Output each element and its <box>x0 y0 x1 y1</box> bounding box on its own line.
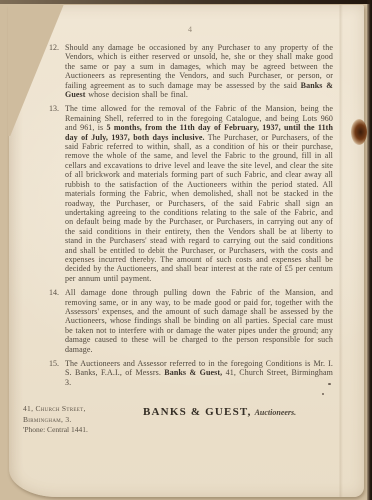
clause-number: 13. <box>47 104 59 283</box>
phone-line: 'Phone: Central 1441. <box>23 425 88 436</box>
firm-signature: BANKS & GUEST,Auctioneers. <box>143 402 296 420</box>
clause-text: Should any damage be occasioned by any P… <box>65 43 333 99</box>
clause-number: 12. <box>47 43 59 99</box>
address-line: Birmingham, 3. <box>23 415 88 426</box>
photo-edge-right <box>367 0 372 500</box>
clause-text: The Auctioneers and Assessor referred to… <box>65 359 333 387</box>
clause-text-segment: whose decision shall be final. <box>86 90 189 99</box>
page-number: 4 <box>47 25 333 34</box>
address-line: 41, Church Street, <box>23 404 88 415</box>
clause-15: 15. The Auctioneers and Assessor referre… <box>47 359 333 387</box>
clause-text-emphasis: Banks & Guest, <box>164 368 222 377</box>
page-footer: 41, Church Street, Birmingham, 3. 'Phone… <box>47 402 333 450</box>
firm-role: Auctioneers. <box>255 408 297 417</box>
clause-text: All damage done through pulling down the… <box>65 288 333 354</box>
clause-text-segment: All damage done through pulling down the… <box>65 288 333 353</box>
clause-13: 13. The time allowed for the removal of … <box>47 104 333 283</box>
document-page: 4 12. Should any damage be occasioned by… <box>9 5 364 497</box>
clause-text-segment: The Purchaser, or Purchasers, of the sai… <box>65 133 333 283</box>
photo-edge-top <box>0 0 372 4</box>
page-content: 4 12. Should any damage be occasioned by… <box>47 25 333 450</box>
clause-text-segment: Should any damage be occasioned by any P… <box>65 43 333 90</box>
clause-number: 14. <box>47 288 59 354</box>
auctioneer-address: 41, Church Street, Birmingham, 3. 'Phone… <box>23 404 88 436</box>
clause-number: 15. <box>47 359 59 387</box>
clause-text: The time allowed for the removal of the … <box>65 104 333 283</box>
firm-name: BANKS & GUEST, <box>143 406 252 418</box>
clause-12: 12. Should any damage be occasioned by a… <box>47 43 333 99</box>
clause-14: 14. All damage done through pulling down… <box>47 288 333 354</box>
stain-mark <box>351 119 367 145</box>
